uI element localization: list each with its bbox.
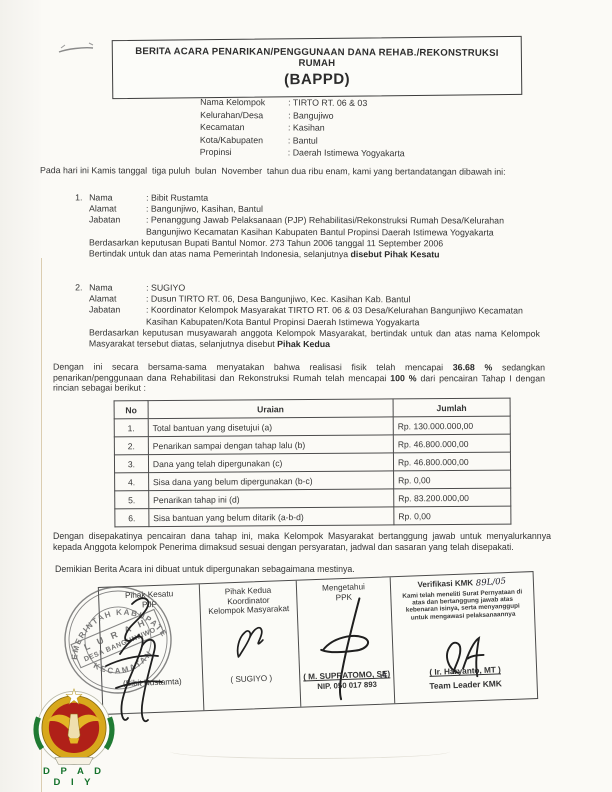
party2-jabatan-value: Koordinator Kelompok Masyarakat TIRTO RT…: [146, 305, 540, 328]
document-subtitle: (BAPPD): [284, 71, 350, 89]
info-label: Kelurahan/Desa: [200, 108, 288, 121]
paper-bottom-shadow: [170, 744, 450, 759]
sugiyo-signature: [229, 624, 274, 662]
col-header-uraian: Uraian: [148, 399, 393, 419]
document-title-box: BERITA ACARA PENARIKAN/PENGGUNAAN DANA R…: [112, 36, 523, 99]
kmk-verification-note: Kami telah meneliti Surat Pernyataan di …: [391, 587, 534, 623]
kmk-handwritten-number: 89L/05: [476, 578, 507, 590]
party2-jabatan-label: Jabatan: [89, 305, 146, 328]
archive-logo-line1: D P A D: [22, 766, 126, 777]
fisik-percent: 36.68 %: [453, 362, 493, 372]
party2-nama-label: Nama: [89, 282, 146, 293]
party1-nama-label: Nama: [89, 192, 146, 203]
info-label: Nama Kelompok: [200, 96, 288, 109]
info-label: Kecamatan: [200, 121, 288, 134]
party2-number: 2.: [75, 282, 89, 293]
signature-col-kmk: Verifikasi KMK89L/05 Kami telah meneliti…: [391, 572, 538, 703]
col-header-jumlah: Jumlah: [393, 398, 510, 417]
realisasi-paragraph: Dengan ini secara bersama-sama menyataka…: [53, 362, 545, 395]
scanned-document-page: BERITA ACARA PENARIKAN/PENGGUNAAN DANA R…: [0, 0, 612, 792]
party1-bertindak: Bertindak untuk dan atas nama Pemerintah…: [89, 248, 540, 260]
party2-berdasarkan: Berdasarkan keputusan musyawarah anggota…: [89, 327, 540, 351]
info-value: Kasihan: [288, 122, 325, 135]
group-info-block: Nama Kelompok TIRTO RT. 06 & 03 Keluraha…: [200, 96, 540, 161]
dpad-emblem-icon: [26, 688, 122, 766]
info-row: Propinsi Daerah Istimewa Yogyakarta: [200, 146, 540, 161]
party1-block: 1. Nama Bibit Rustamta Alamat Bangunjiwo…: [75, 192, 540, 260]
info-label: Kota/Kabupaten: [200, 134, 288, 147]
amounts-table: No Uraian Jumlah 1. Total bantuan yang d…: [114, 398, 512, 528]
opening-paragraph: Pada hari ini Kamis tanggal tiga puluh b…: [40, 165, 538, 177]
col-header-no: No: [114, 401, 148, 419]
party2-alamat-label: Alamat: [89, 294, 146, 305]
party2-jabatan-row: Jabatan Koordinator Kelompok Masyarakat …: [75, 305, 540, 329]
archive-logo-line2: D I Y: [22, 777, 126, 788]
info-value: Bangujiwo: [288, 109, 334, 122]
party1-jabatan-value: Penanggung Jawab Pelaksanaan (PJP) Rehab…: [146, 215, 540, 238]
sig2-name: ( SUGIYO ): [203, 673, 299, 686]
info-value: TIRTO RT. 06 & 03: [288, 96, 367, 109]
party2-block: 2. Nama SUGIYO Alamat Dusun TIRTO RT. 06…: [75, 282, 540, 350]
document-title: BERITA ACARA PENARIKAN/PENGGUNAAN DANA R…: [113, 46, 521, 70]
archive-logo-block: D P A D D I Y: [22, 688, 126, 788]
info-value: Bantul: [288, 134, 318, 147]
pihak-kesatu-bold: disebut Pihak Kesatu: [351, 249, 440, 259]
closing-paragraph: Dengan disepakatinya pencairan dana taha…: [53, 531, 551, 552]
party1-number: 1.: [75, 192, 89, 203]
signature-col-ppk: Mengetahui PPK ( M. SUPRATOMO, SE) NIP. …: [297, 577, 396, 706]
sig2-header3: Kelompok Masyarakat: [201, 604, 297, 617]
party1-alamat-label: Alamat: [89, 204, 146, 215]
info-label: Propinsi: [200, 146, 288, 159]
party1-jabatan-label: Jabatan: [89, 215, 146, 238]
info-value: Daerah Istimewa Yogyakarta: [288, 147, 405, 160]
sig3-annotation: A: [381, 672, 388, 682]
table-row: 6. Sisa bantuan yang belum ditarik (a-b-…: [115, 506, 511, 527]
signature-col-pihak-kedua: Pihak Kedua Koordinator Kelompok Masyara…: [200, 581, 302, 710]
pen-mark-icon: [55, 40, 97, 58]
party1-jabatan-row: Jabatan Penanggung Jawab Pelaksanaan (PJ…: [75, 215, 540, 239]
dana-percent: 100 %: [390, 373, 416, 383]
pihak-kedua-bold: Pihak Kedua: [277, 339, 330, 349]
sig4-role: Team Leader KMK: [395, 678, 537, 693]
scan-left-strip: [0, 0, 41, 792]
